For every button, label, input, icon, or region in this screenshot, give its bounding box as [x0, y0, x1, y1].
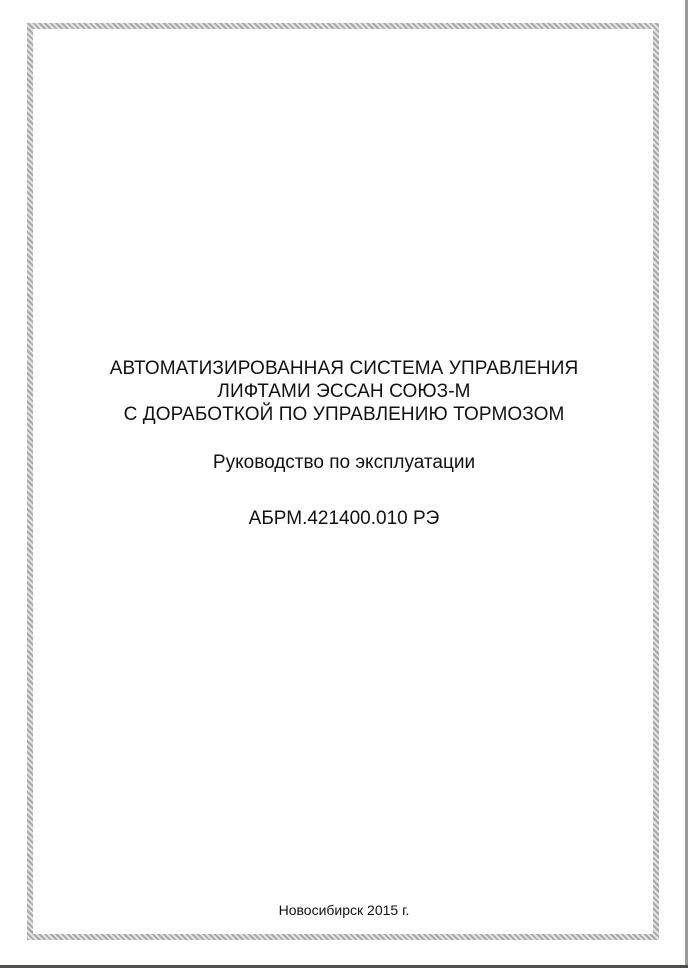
title-line-2: ЛИФТАМИ ЭССАН СОЮЗ-М: [0, 380, 688, 403]
title-line-3: С ДОРАБОТКОЙ ПО УПРАВЛЕНИЮ ТОРМОЗОМ: [0, 403, 688, 426]
document-designation: АБРМ.421400.010 РЭ: [0, 507, 688, 531]
page-frame-inner: [33, 29, 653, 934]
document-subtitle: Руководство по эксплуатации: [0, 451, 688, 475]
document-footer: Новосибирск 2015 г.: [0, 901, 688, 919]
title-line-1: АВТОМАТИЗИРОВАННАЯ СИСТЕМА УПРАВЛЕНИЯ: [0, 357, 688, 380]
document-title: АВТОМАТИЗИРОВАННАЯ СИСТЕМА УПРАВЛЕНИЯ ЛИ…: [0, 357, 688, 426]
page-frame-border: [27, 23, 659, 940]
